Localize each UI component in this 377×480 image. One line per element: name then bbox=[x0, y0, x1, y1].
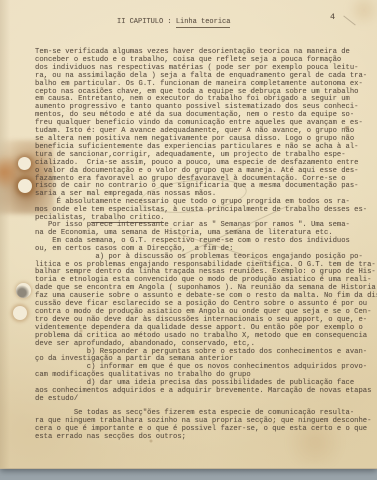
paragraph-2-text: É absolutamente necessario que todo o gr… bbox=[35, 198, 367, 222]
paragraph-3: Por isso parece interessante criar as " … bbox=[35, 222, 377, 404]
chapter-title-prefix: II CAPITULO : bbox=[117, 18, 176, 26]
chapter-title-underlined: Linha teorica bbox=[176, 18, 231, 28]
punch-hole bbox=[18, 157, 31, 170]
paper-specks bbox=[0, 0, 2, 2]
scanned-document-page: 4 II CAPITULO : Linha teorica Tem-se ver… bbox=[0, 0, 377, 469]
punch-hole bbox=[13, 306, 27, 320]
stain-top-right bbox=[348, 0, 377, 26]
stain-orange-left-edge bbox=[0, 150, 17, 194]
paragraph-4: Se todas as secç"ões fizerem esta especi… bbox=[35, 410, 371, 442]
chapter-title: II CAPITULO : Linha teorica bbox=[117, 19, 230, 27]
punch-hole bbox=[18, 179, 32, 193]
page-number: 4 bbox=[330, 14, 335, 22]
paragraph-1: Tem-se verificada algumas vezes haver de… bbox=[35, 49, 367, 199]
paragraph-2: É absolutamente necessario que todo o gr… bbox=[35, 199, 367, 223]
punch-hole bbox=[16, 283, 31, 298]
